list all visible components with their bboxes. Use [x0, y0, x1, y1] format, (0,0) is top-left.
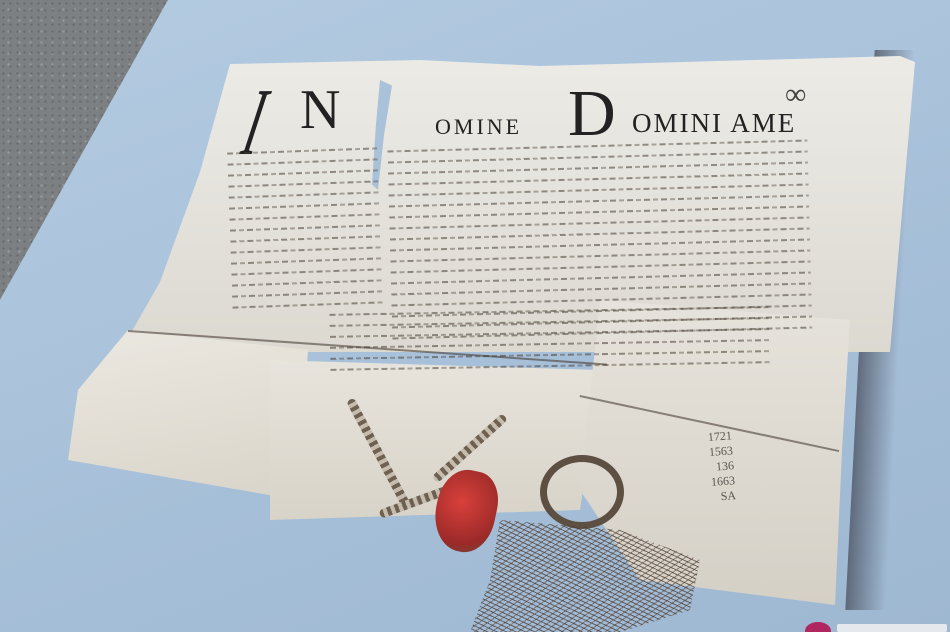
heading-flourish: ∞ [785, 78, 806, 112]
heading-initial-n: N [300, 78, 340, 142]
heading-word-omini-ame: OMINI AME [632, 108, 796, 139]
watermark-text [837, 624, 947, 632]
watermark-logo-icon [805, 622, 831, 632]
watermark [805, 622, 950, 632]
document-heading: I N OMINE D OMINI AME ∞ [230, 70, 870, 140]
cord-loop [540, 455, 624, 529]
body-text-block-left [227, 147, 383, 317]
heading-initial-d: D [568, 76, 616, 152]
heading-word-omine: OMINE [435, 114, 522, 140]
margin-numbers: 1721 1563 136 1663 SA [681, 428, 736, 506]
body-text-block-lower [329, 306, 770, 380]
